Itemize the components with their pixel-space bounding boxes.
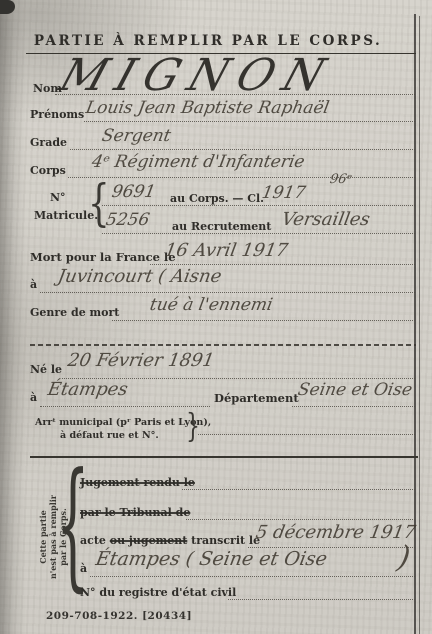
corps-value: 4ᵉ Régiment d'Infanterie <box>90 152 306 172</box>
left-scan-shadow <box>0 0 26 634</box>
matricule-line-1 <box>102 205 415 206</box>
transcrit-lieu-label: à <box>80 562 87 575</box>
genre-mort-value: tué à l'ennemi <box>148 295 274 315</box>
mort-date-line <box>150 264 415 265</box>
prenoms-label: Prénoms <box>30 108 84 121</box>
form-title: PARTIE À REMPLIR PAR LE CORPS. <box>0 33 416 49</box>
tribunal-line <box>186 519 415 520</box>
ne-lieu-line <box>40 406 210 407</box>
nom-line <box>55 94 415 95</box>
transcrit-label-end: transcrit le <box>187 534 260 547</box>
tribunal-label: par le Tribunal de <box>80 506 190 519</box>
transcrit-label: acte ou jugement transcrit le <box>80 534 260 547</box>
corps-annotation: 96ᵉ <box>329 172 353 187</box>
mort-lieu-label: à <box>30 278 37 291</box>
transcrit-label-start: acte <box>80 534 110 547</box>
au-recrutement-label: au Recrutement <box>172 220 271 233</box>
transcrit-lieu-value: Étampes ( Seine et Oise <box>94 548 329 570</box>
registre-line <box>228 599 415 600</box>
classe-value: 1917 <box>260 183 307 203</box>
section-divider <box>30 344 416 346</box>
scanned-death-record: PARTIE À REMPLIR PAR LE CORPS. Nom MIGNO… <box>0 0 432 634</box>
registre-label: N° du registre d'état civil <box>80 586 236 599</box>
arrondissement-label-1: Arrᵗ municipal (pʳ Paris et Lyon), <box>35 417 211 428</box>
transcrit-lieu-paren: ) <box>395 540 413 575</box>
matricule-recrutement-number: 5256 <box>104 210 151 230</box>
page-edge-line <box>414 14 416 634</box>
page-edge-line-2 <box>419 16 420 634</box>
genre-mort-line <box>112 320 415 321</box>
mort-lieu-value: Juvincourt ( Aisne <box>56 266 223 287</box>
ne-le-value: 20 Février 1891 <box>66 350 216 371</box>
ne-le-label: Né le <box>30 363 62 376</box>
footer-print-code: 209-708-1922. [20434] <box>46 610 192 622</box>
arrondissement-line <box>198 434 415 435</box>
corps-label: Corps <box>30 164 66 177</box>
genre-mort-label: Genre de mort <box>30 306 119 319</box>
matricule-line-2 <box>102 233 415 234</box>
bottom-brace: { <box>56 443 90 605</box>
arrondissement-label-2: à défaut rue et N°. <box>60 430 159 441</box>
arrondissement-brace: } <box>186 408 200 446</box>
ne-lieu-value: Étampes <box>46 379 129 400</box>
departement-value: Seine et Oise <box>296 380 414 400</box>
recrutement-place-value: Versailles <box>280 209 371 230</box>
grade-label: Grade <box>30 136 67 149</box>
departement-line <box>292 406 415 407</box>
corps-line <box>68 177 415 178</box>
sidebar-note-line1: Cette partie <box>38 462 48 612</box>
mort-lieu-line <box>40 292 415 293</box>
transcrit-lieu-line <box>90 576 415 577</box>
matricule-corps-number: 9691 <box>110 182 157 202</box>
transcrit-value: 5 décembre 1917 <box>254 522 417 543</box>
jugement-line <box>182 489 415 490</box>
jugement-label: Jugement rendu le <box>80 476 195 489</box>
mort-date-value: 16 Avril 1917 <box>163 240 289 261</box>
mort-date-label: Mort pour la France le <box>30 250 176 264</box>
departement-label: Département <box>214 391 299 405</box>
grade-line <box>70 149 415 150</box>
grade-value: Sergent <box>100 126 172 146</box>
ne-lieu-label: à <box>30 391 37 404</box>
transcrit-label-struck: ou jugement <box>110 534 188 547</box>
au-corps-label: au Corps. — Cl. <box>170 192 264 205</box>
matricule-no-label: N° <box>50 191 66 204</box>
prenoms-line <box>84 121 415 122</box>
prenoms-value: Louis Jean Baptiste Raphaël <box>84 98 331 118</box>
